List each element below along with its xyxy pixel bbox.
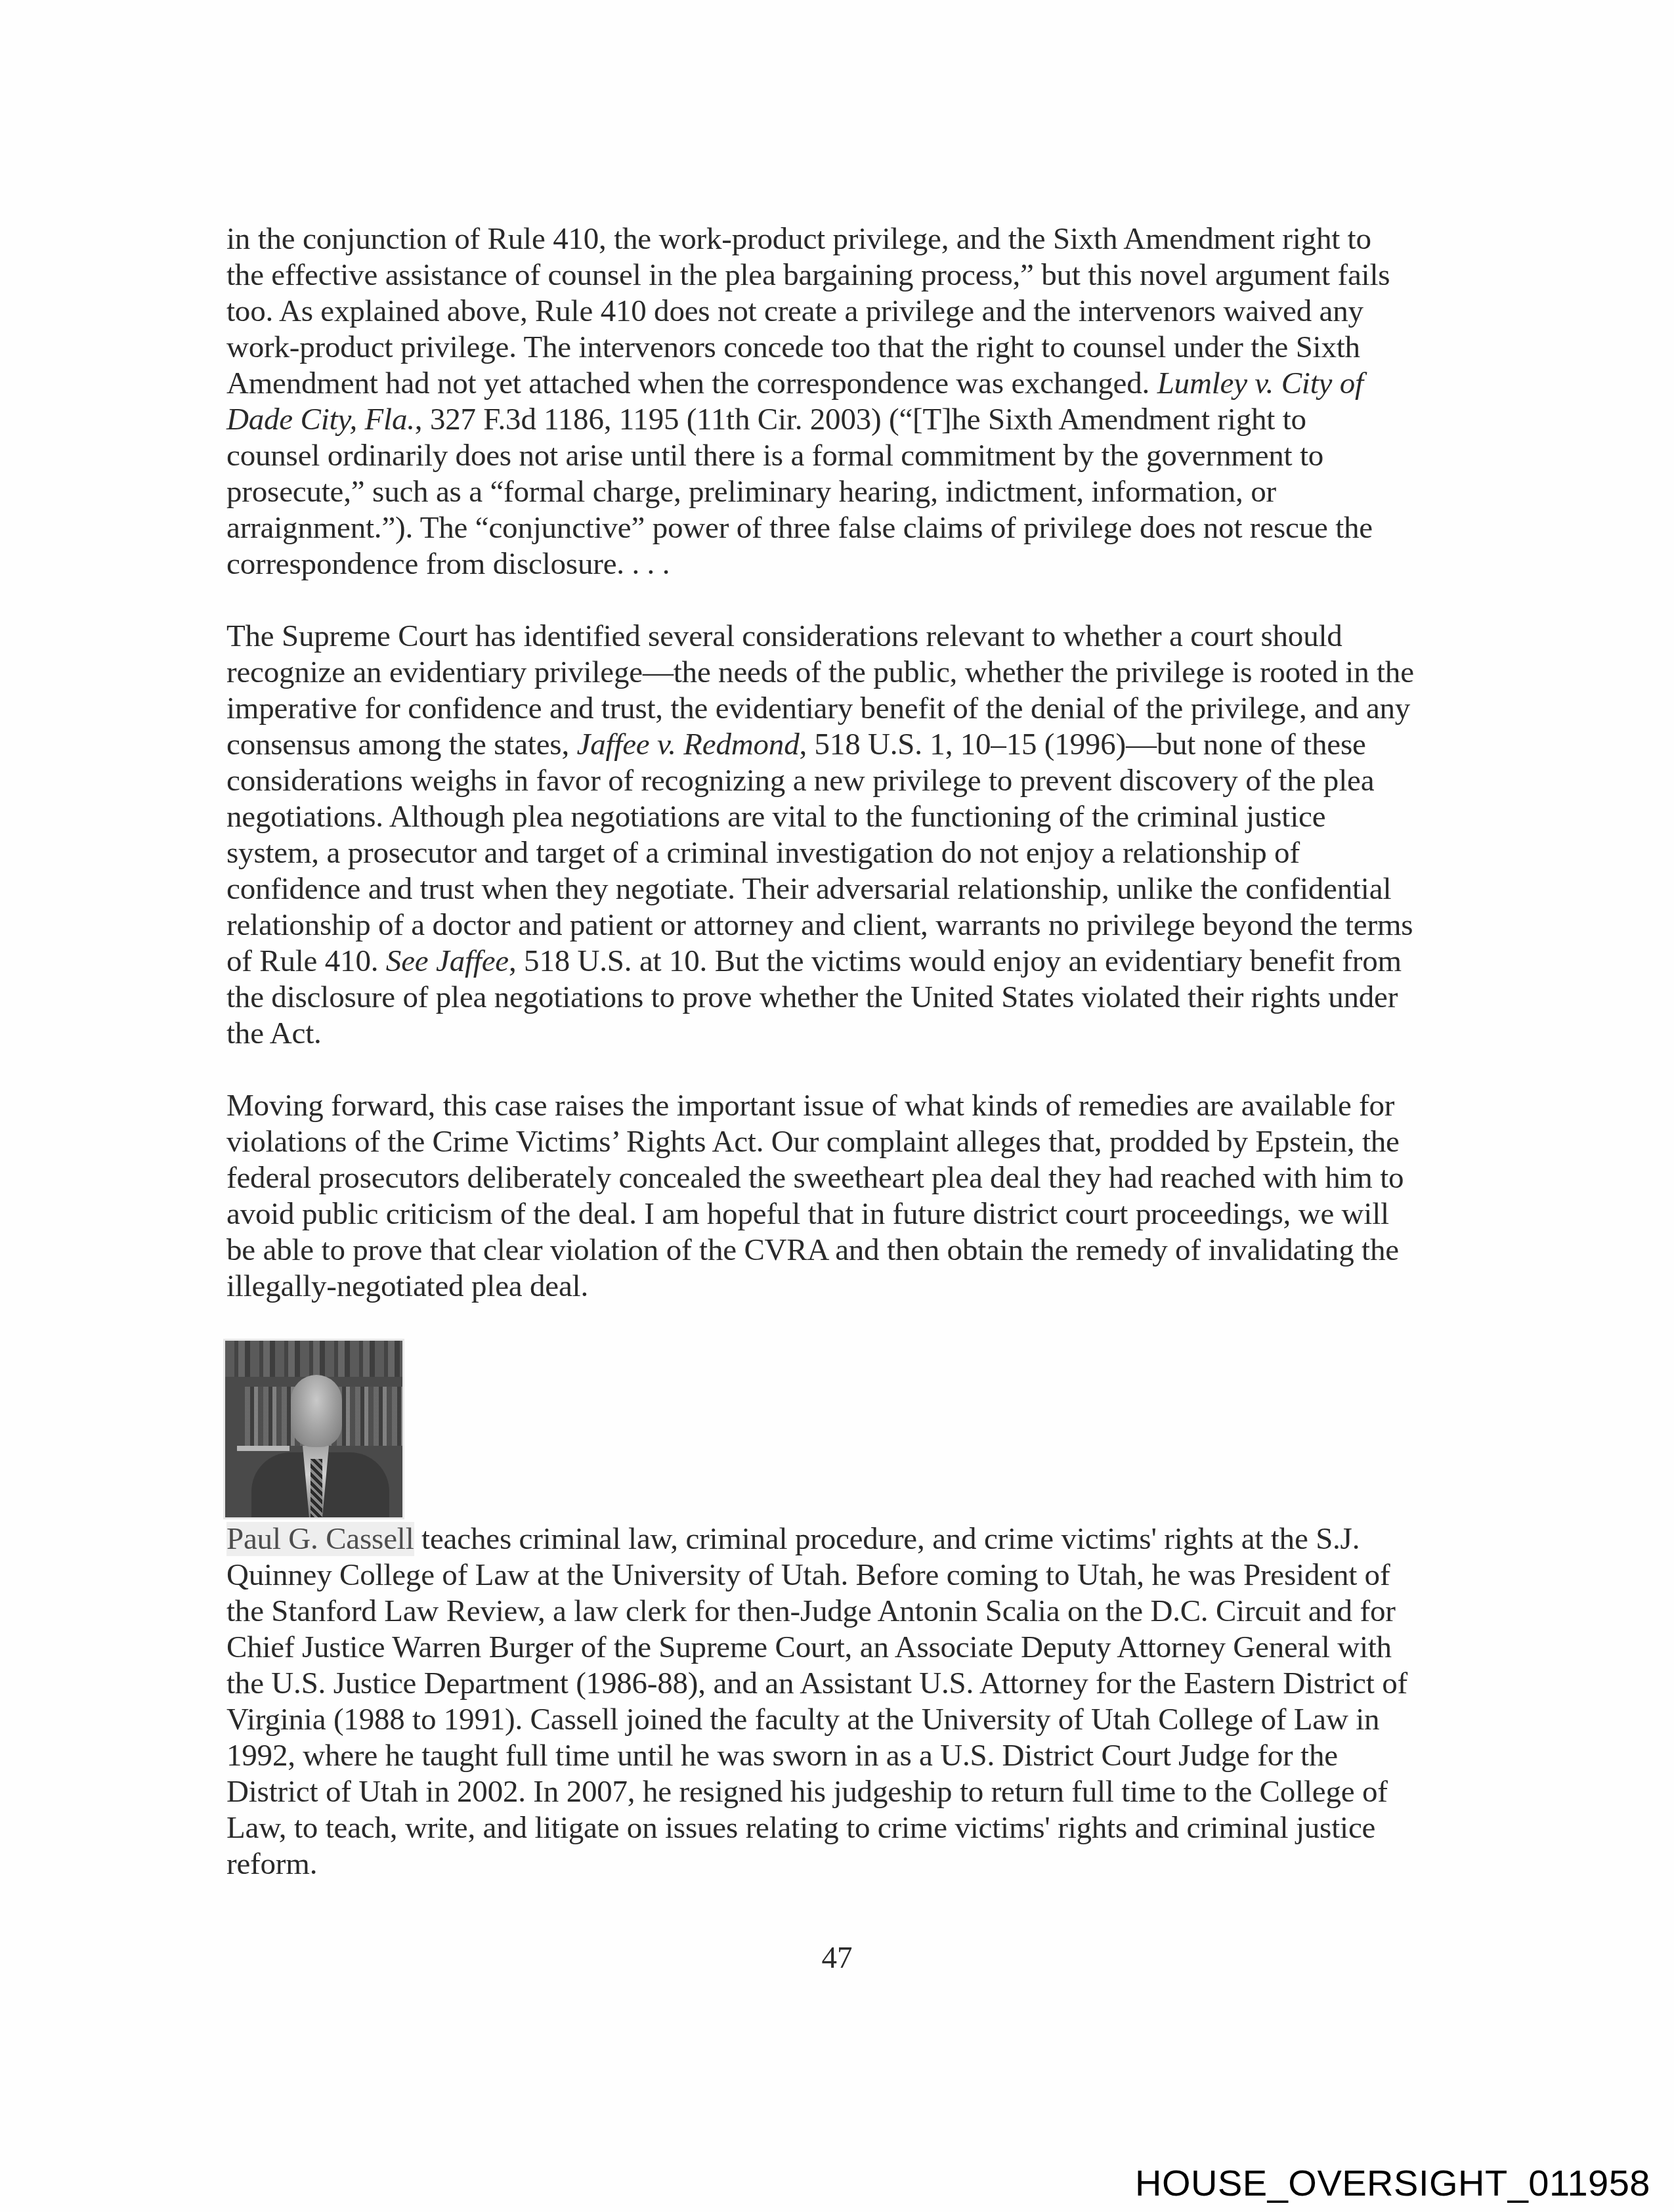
text-segment: be able to prove that clear violation of… <box>226 1233 1399 1267</box>
text-line: arraignment.”). The “conjunctive” power … <box>226 510 1461 546</box>
text-line: illegally-negotiated plea deal. <box>226 1269 1461 1305</box>
bio-line: Virginia (1988 to 1991). Cassell joined … <box>226 1702 1461 1738</box>
bio-first-line: teaches criminal law, criminal procedure… <box>414 1522 1360 1556</box>
text-segment: Amendment had not yet attached when the … <box>226 366 1157 401</box>
bates-stamp: HOUSE_OVERSIGHT_011958 <box>1135 2161 1650 2204</box>
text-segment: , 518 U.S. at 10. But the victims would … <box>509 944 1402 978</box>
bio-line: reform. <box>226 1846 1461 1882</box>
page-number: 47 <box>0 1940 1674 1976</box>
paragraph: in the conjunction of Rule 410, the work… <box>226 221 1461 582</box>
body-text: in the conjunction of Rule 410, the work… <box>226 221 1461 1305</box>
bio-line: the U.S. Justice Department (1986-88), a… <box>226 1666 1461 1702</box>
text-line: avoid public criticism of the deal. I am… <box>226 1196 1461 1232</box>
photo-head <box>291 1375 342 1447</box>
text-segment: , 327 F.3d 1186, 1195 (11th Cir. 2003) (… <box>415 402 1306 437</box>
text-line: in the conjunction of Rule 410, the work… <box>226 221 1461 257</box>
text-segment: , 518 U.S. 1, 10–15 (1996)—but none of t… <box>799 727 1365 762</box>
paragraph-gap <box>226 582 1461 618</box>
bio-line: 1992, where he taught full time until he… <box>226 1738 1461 1774</box>
text-segment: in the conjunction of Rule 410, the work… <box>226 222 1371 256</box>
text-segment: counsel ordinarily does not arise until … <box>226 439 1323 473</box>
bio-line: Chief Justice Warren Burger of the Supre… <box>226 1630 1461 1666</box>
case-citation: See Jaffee <box>386 944 509 978</box>
text-segment: considerations weighs in favor of recogn… <box>226 764 1374 798</box>
text-segment: correspondence from disclosure. . . . <box>226 547 670 581</box>
text-segment: arraignment.”). The “conjunctive” power … <box>226 511 1373 545</box>
text-line: system, a prosecutor and target of a cri… <box>226 835 1461 871</box>
photo-tie <box>311 1459 322 1517</box>
text-line: negotiations. Although plea negotiations… <box>226 799 1461 835</box>
text-line: Dade City, Fla., 327 F.3d 1186, 1195 (11… <box>226 402 1461 438</box>
text-line: recognize an evidentiary privilege—the n… <box>226 655 1461 691</box>
text-segment: The Supreme Court has identified several… <box>226 619 1342 653</box>
text-segment: system, a prosecutor and target of a cri… <box>226 836 1300 870</box>
text-segment: negotiations. Although plea negotiations… <box>226 800 1325 834</box>
bookshelf-ledge <box>237 1446 290 1451</box>
text-segment: work-product privilege. The intervenors … <box>226 330 1360 364</box>
text-line: Moving forward, this case raises the imp… <box>226 1088 1461 1124</box>
text-segment: the Act. <box>226 1016 322 1051</box>
text-segment: recognize an evidentiary privilege—the n… <box>226 655 1414 689</box>
text-segment: federal prosecutors deliberately conceal… <box>226 1161 1404 1195</box>
text-line: be able to prove that clear violation of… <box>226 1232 1461 1269</box>
text-segment: avoid public criticism of the deal. I am… <box>226 1197 1389 1231</box>
text-line: violations of the Crime Victims’ Rights … <box>226 1124 1461 1160</box>
text-line: counsel ordinarily does not arise until … <box>226 438 1461 474</box>
text-line: the effective assistance of counsel in t… <box>226 257 1461 293</box>
text-segment: of Rule 410. <box>226 944 386 978</box>
document-page: in the conjunction of Rule 410, the work… <box>0 0 1674 2212</box>
text-segment: imperative for confidence and trust, the… <box>226 691 1410 726</box>
text-segment: confidence and trust when they negotiate… <box>226 872 1391 906</box>
text-line: relationship of a doctor and patient or … <box>226 907 1461 943</box>
text-line: the Act. <box>226 1016 1461 1052</box>
text-line: prosecute,” such as a “formal charge, pr… <box>226 474 1461 510</box>
text-segment: prosecute,” such as a “formal charge, pr… <box>226 475 1276 509</box>
text-line: consensus among the states, Jaffee v. Re… <box>226 727 1461 763</box>
case-citation: Jaffee v. Redmond <box>577 727 800 762</box>
text-line: federal prosecutors deliberately conceal… <box>226 1160 1461 1196</box>
text-segment: the effective assistance of counsel in t… <box>226 258 1390 292</box>
text-line: too. As explained above, Rule 410 does n… <box>226 293 1461 330</box>
author-name: Paul G. Cassell <box>226 1522 414 1556</box>
text-segment: Moving forward, this case raises the imp… <box>226 1089 1394 1123</box>
bio-line: the Stanford Law Review, a law clerk for… <box>226 1594 1461 1630</box>
author-bio: Paul G. Cassell teaches criminal law, cr… <box>226 1521 1461 1882</box>
paragraph: The Supreme Court has identified several… <box>226 618 1461 1052</box>
case-citation: Dade City, Fla. <box>226 402 415 437</box>
bio-line: District of Utah in 2002. In 2007, he re… <box>226 1774 1461 1810</box>
case-citation: Lumley v. City of <box>1157 366 1363 401</box>
text-segment: too. As explained above, Rule 410 does n… <box>226 294 1363 328</box>
paragraph: Moving forward, this case raises the imp… <box>226 1088 1461 1305</box>
bio-line: Quinney College of Law at the University… <box>226 1557 1461 1594</box>
paragraph-gap <box>226 1052 1461 1088</box>
text-line: The Supreme Court has identified several… <box>226 618 1461 655</box>
bio-line: Law, to teach, write, and litigate on is… <box>226 1810 1461 1846</box>
text-segment: relationship of a doctor and patient or … <box>226 908 1413 942</box>
text-line: confidence and trust when they negotiate… <box>226 871 1461 907</box>
text-line: correspondence from disclosure. . . . <box>226 546 1461 582</box>
text-line: considerations weighs in favor of recogn… <box>226 763 1461 799</box>
text-line: Amendment had not yet attached when the … <box>226 366 1461 402</box>
text-segment: violations of the Crime Victims’ Rights … <box>226 1125 1400 1159</box>
text-line: imperative for confidence and trust, the… <box>226 691 1461 727</box>
bio-line: Paul G. Cassell teaches criminal law, cr… <box>226 1521 1461 1557</box>
text-segment: illegally-negotiated plea deal. <box>226 1269 588 1303</box>
text-segment: consensus among the states, <box>226 727 577 762</box>
text-line: work-product privilege. The intervenors … <box>226 330 1461 366</box>
text-line: of Rule 410. See Jaffee, 518 U.S. at 10.… <box>226 943 1461 980</box>
author-photo <box>225 1341 402 1517</box>
text-line: the disclosure of plea negotiations to p… <box>226 980 1461 1016</box>
bookshelf-top <box>225 1341 402 1377</box>
text-segment: the disclosure of plea negotiations to p… <box>226 980 1398 1014</box>
